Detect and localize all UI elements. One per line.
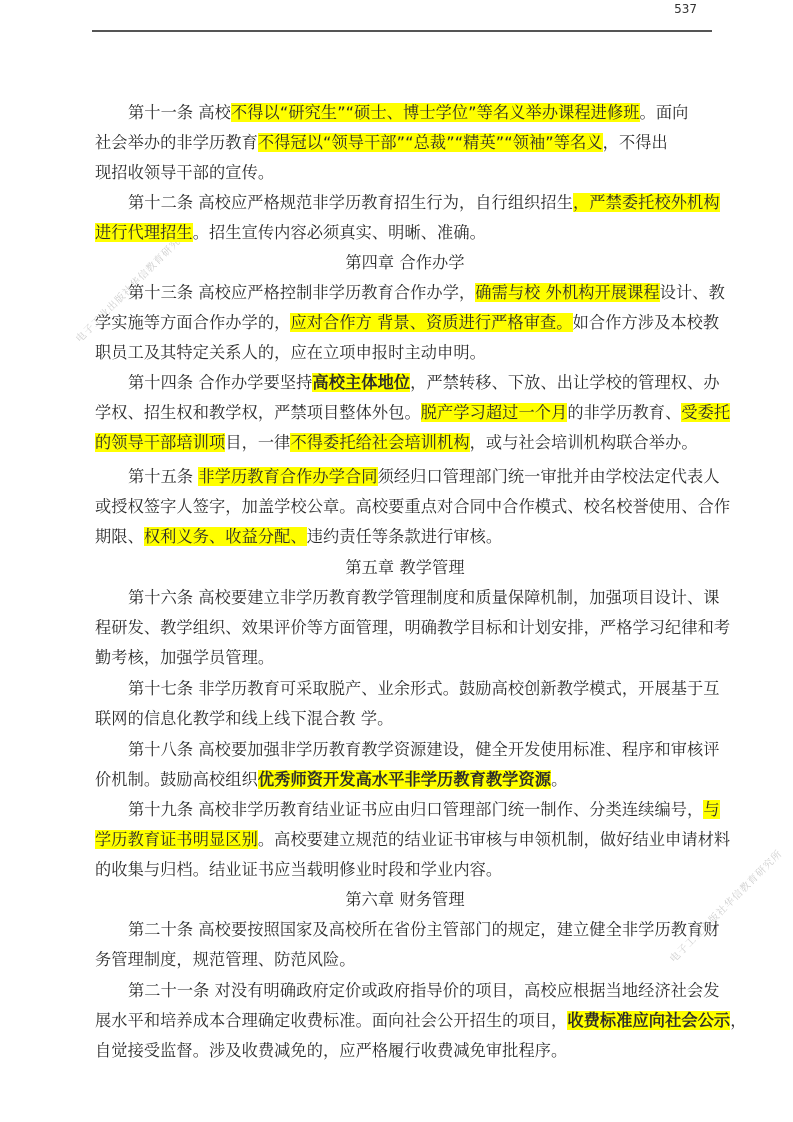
text-segment: 程研发、教学组织、效果评价等方面管理，明确教学目标和计划安排，严格学习纪律和考	[95, 618, 730, 637]
text-segment: 学实施等方面合作办学的，	[95, 313, 290, 332]
highlighted-text: 不得冠以“领导干部”“总裁”“精英”“领袖”等名义	[258, 133, 603, 152]
text-line: 展水平和培养成本合理确定收费标准。面向社会公开招生的项目，收费标准应向社会公示，	[95, 1008, 715, 1034]
text-line: 第十六条 高校要建立非学历教育教学管理制度和质量保障机制，加强项目设计、课	[95, 585, 715, 611]
text-segment: 第五章 教学管理	[345, 558, 464, 577]
text-segment: 第十三条 高校应严格控制非学历教育合作办学，	[128, 283, 475, 302]
highlighted-text: 受委托	[681, 403, 730, 422]
highlighted-text: 非学历教育合作办学合同	[198, 467, 377, 486]
text-segment: 学权、招生权和教学权，严禁项目整体外包。	[95, 403, 421, 422]
text-line: 第十九条 高校非学历教育结业证书应由归口管理部门统一制作、分类连续编号，与	[95, 797, 715, 823]
text-line: 进行代理招生。招生宣传内容必须真实、明晰、准确。	[95, 220, 715, 246]
highlighted-text: 的领导干部培训项	[95, 433, 225, 452]
highlighted-text: 不得委托给社会培训机构	[290, 433, 469, 452]
highlighted-text: 学历教育证书明显区别	[95, 830, 258, 849]
text-segment: ，	[730, 1011, 746, 1030]
text-line: 价机制。鼓励高校组织优秀师资开发高水平非学历教育教学资源。	[95, 767, 715, 793]
text-line: 联网的信息化教学和线上线下混合教 学。	[95, 706, 715, 732]
highlighted-text: 与	[703, 800, 719, 819]
text-segment: ，严禁转移、下放、出让学校的管理权、办	[410, 373, 719, 392]
text-segment: 务管理制度，规范管理、防范风险。	[95, 950, 356, 969]
text-segment: 的收集与归档。结业证书应当载明修业时段和学业内容。	[95, 860, 502, 879]
text-segment: ，或与社会培训机构联合举办。	[470, 433, 698, 452]
highlighted-text: 进行代理招生	[95, 223, 193, 242]
text-line: 或授权签字人签字，加盖学校公章。高校要重点对合同中合作模式、校名校誉使用、合作	[95, 494, 715, 520]
text-segment: 如合作方涉及本校教	[573, 313, 720, 332]
page-number: 537	[674, 2, 697, 16]
text-segment: 第十二条 高校应严格规范非学历教育招生行为，自行组织招生	[128, 193, 573, 212]
text-line: 第十三条 高校应严格控制非学历教育合作办学，确需与校 外机构开展课程设计、教	[95, 280, 715, 306]
text-line: 期限、权利义务、收益分配、违约责任等条款进行审核。	[95, 524, 715, 550]
text-segment: 第十四条 合作办学要坚持	[128, 373, 312, 392]
text-line: 学权、招生权和教学权，严禁项目整体外包。脱产学习超过一个月的非学历教育、受委托	[95, 400, 715, 426]
text-segment: 职员工及其特定关系人的，应在立项申报时主动申明。	[95, 343, 486, 362]
text-segment: 展水平和培养成本合理确定收费标准。面向社会公开招生的项目，	[95, 1011, 567, 1030]
text-line: 现招收领导干部的宣传。	[95, 160, 715, 186]
highlighted-text: 确需与校 外机构开展课程	[475, 283, 659, 302]
text-segment: 设计、教	[660, 283, 725, 302]
text-line: 第十七条 非学历教育可采取脱产、业余形式。鼓励高校创新教学模式，开展基于互	[95, 676, 715, 702]
highlighted-text: ，严禁委托校外机构	[573, 193, 720, 212]
highlighted-text: 高校主体地位	[312, 373, 410, 392]
chapter-heading: 第四章 合作办学	[95, 250, 715, 276]
text-segment: 第十六条 高校要建立非学历教育教学管理制度和质量保障机制，加强项目设计、课	[128, 588, 720, 607]
chapter-heading: 第六章 财务管理	[95, 887, 715, 913]
text-segment: 自觉接受监督。涉及收费减免的，应严格履行收费减免审批程序。	[95, 1041, 567, 1060]
text-line: 学实施等方面合作办学的，应对合作方 背景、资质进行严格审查。如合作方涉及本校教	[95, 310, 715, 336]
text-segment: 期限、	[95, 527, 144, 546]
text-segment: 勤考核，加强学员管理。	[95, 648, 274, 667]
text-segment: 。高校要建立规范的结业证书审核与申领机制，做好结业申请材料	[258, 830, 730, 849]
text-line: 的领导干部培训项目，一律不得委托给社会培训机构，或与社会培训机构联合举办。	[95, 430, 715, 456]
text-segment: 联网的信息化教学和线上线下混合教 学。	[95, 709, 393, 728]
text-segment: 第十九条 高校非学历教育结业证书应由归口管理部门统一制作、分类连续编号，	[128, 800, 703, 819]
text-segment: 第四章 合作办学	[345, 253, 464, 272]
text-segment: 的非学历教育、	[567, 403, 681, 422]
text-segment: 社会举办的非学历教育	[95, 133, 258, 152]
chapter-heading: 第五章 教学管理	[95, 555, 715, 581]
text-line: 自觉接受监督。涉及收费减免的，应严格履行收费减免审批程序。	[95, 1038, 715, 1064]
text-line: 勤考核，加强学员管理。	[95, 645, 715, 671]
text-segment: 第十八条 高校要加强非学历教育教学资源建设，健全开发使用标准、程序和审核评	[128, 740, 720, 759]
text-line: 第十一条 高校不得以“研究生”“硕士、博士学位”等名义举办课程进修班。面向	[95, 100, 715, 126]
text-line: 第十二条 高校应严格规范非学历教育招生行为，自行组织招生，严禁委托校外机构	[95, 190, 715, 216]
text-line: 学历教育证书明显区别。高校要建立规范的结业证书审核与申领机制，做好结业申请材料	[95, 827, 715, 853]
text-segment: 。招生宣传内容必须真实、明晰、准确。	[193, 223, 486, 242]
text-line: 社会举办的非学历教育不得冠以“领导干部”“总裁”“精英”“领袖”等名义，不得出	[95, 130, 715, 156]
text-line: 的收集与归档。结业证书应当载明修业时段和学业内容。	[95, 857, 715, 883]
text-line: 职员工及其特定关系人的，应在立项申报时主动申明。	[95, 340, 715, 366]
text-line: 第十四条 合作办学要坚持高校主体地位，严禁转移、下放、出让学校的管理权、办	[95, 370, 715, 396]
text-line: 第十五条 非学历教育合作办学合同须经归口管理部门统一审批并由学校法定代表人	[95, 464, 715, 490]
highlighted-text: 应对合作方 背景、资质进行严格审查。	[290, 313, 572, 332]
text-line: 务管理制度，规范管理、防范风险。	[95, 947, 715, 973]
text-segment: ，不得出	[603, 133, 668, 152]
text-segment: 须经归口管理部门统一审批并由学校法定代表人	[378, 467, 720, 486]
text-segment: 第二十条 高校要按照国家及高校所在省份主管部门的规定，建立健全非学历教育财	[128, 920, 720, 939]
highlighted-text: 收费标准应向社会公示	[567, 1011, 730, 1030]
text-segment: 目，一律	[225, 433, 290, 452]
text-segment: 。面向	[640, 103, 689, 122]
text-line: 第十八条 高校要加强非学历教育教学资源建设，健全开发使用标准、程序和审核评	[95, 737, 715, 763]
text-line: 第二十一条 对没有明确政府定价或政府指导价的项目，高校应根据当地经济社会发	[95, 978, 715, 1004]
text-segment: 第二十一条 对没有明确政府定价或政府指导价的项目，高校应根据当地经济社会发	[128, 981, 720, 1000]
text-segment: 违约责任等条款进行审核。	[307, 527, 502, 546]
text-segment: 第十五条	[128, 467, 198, 486]
text-segment: 。	[551, 770, 567, 789]
text-segment: 第六章 财务管理	[345, 890, 464, 909]
highlighted-text: 优秀师资开发高水平非学历教育教学资源	[258, 770, 551, 789]
text-segment: 第十一条 高校	[128, 103, 231, 122]
text-line: 第二十条 高校要按照国家及高校所在省份主管部门的规定，建立健全非学历教育财	[95, 917, 715, 943]
text-segment: 第十七条 非学历教育可采取脱产、业余形式。鼓励高校创新教学模式，开展基于互	[128, 679, 720, 698]
highlighted-text: 不得以“研究生”“硕士、博士学位”等名义举办课程进修班	[231, 103, 640, 122]
highlighted-text: 权利义务、收益分配、	[144, 527, 307, 546]
highlighted-text: 脱产学习超过一个月	[421, 403, 568, 422]
text-line: 程研发、教学组织、效果评价等方面管理，明确教学目标和计划安排，严格学习纪律和考	[95, 615, 715, 641]
text-segment: 价机制。鼓励高校组织	[95, 770, 258, 789]
text-segment: 现招收领导干部的宣传。	[95, 163, 274, 182]
header-rule	[92, 30, 712, 32]
text-segment: 或授权签字人签字，加盖学校公章。高校要重点对合同中合作模式、校名校誉使用、合作	[95, 497, 730, 516]
